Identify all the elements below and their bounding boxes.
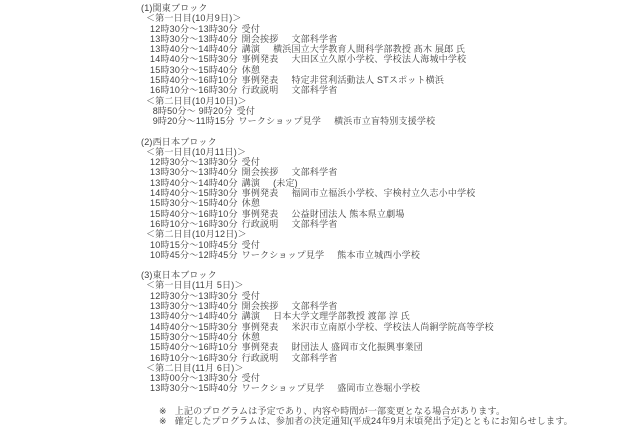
agenda-detail: 日本大学文理学部教授 渡部 淳 氏 xyxy=(273,311,410,321)
schedule-row: 12時30分～13時30分受付 xyxy=(141,157,630,167)
agenda-detail: 特定非営利活動法人 STスポット横浜 xyxy=(291,75,444,85)
agenda-detail: 文部科学省 xyxy=(291,301,337,311)
schedule-row: 13時40分～14時40分講演日本大学文理学部教授 渡部 淳 氏 xyxy=(141,311,630,321)
schedule-row: 12時30分～13時30分受付 xyxy=(141,291,630,301)
schedule-row: 13時30分～13時40分開会挨拶文部科学省 xyxy=(141,34,630,44)
agenda-item: 行政説明 xyxy=(242,85,279,95)
schedule-row: 13時40分～14時40分講演横浜国立大学教育人間科学部教授 髙木 展郎 氏 xyxy=(141,44,630,54)
agenda-item: 事例発表 xyxy=(242,75,279,85)
agenda-detail: (未定) xyxy=(273,178,298,188)
schedule-row: 12時30分～13時30分受付 xyxy=(141,24,630,34)
agenda-item: 事例発表 xyxy=(242,54,279,64)
schedule-row: 16時10分～16時30分行政説明文部科学省 xyxy=(141,353,630,363)
schedule-row: 15時30分～15時40分休憩 xyxy=(141,198,630,208)
time-range: 14時40分～15時30分 xyxy=(150,54,238,64)
agenda-item: 行政説明 xyxy=(242,219,279,229)
time-range: 12時30分～13時30分 xyxy=(150,24,238,34)
schedule-row: 13時40分～14時40分講演(未定) xyxy=(141,178,630,188)
time-range: 15時40分～16時10分 xyxy=(150,209,238,219)
day-heading: ＜第一日目(11月 5日)＞ xyxy=(141,280,630,290)
agenda-item: 講演 xyxy=(242,178,260,188)
note-line: ※確定したプログラムは、参加者の決定通知(平成24年9月末頃発出予定)とともにお… xyxy=(159,416,630,426)
time-range: 13時40分～14時40分 xyxy=(150,178,238,188)
time-range: 14時40分～15時30分 xyxy=(150,188,238,198)
program-block: (3)東日本ブロック＜第一日目(11月 5日)＞12時30分～13時30分受付1… xyxy=(141,270,630,394)
time-range: 15時30分～15時40分 xyxy=(150,198,238,208)
schedule-row: 9時20分～11時15分ワークショップ見学横浜市立盲特別支援学校 xyxy=(141,116,630,126)
time-range: 12時30分～13時30分 xyxy=(150,291,238,301)
day-heading: ＜第二日目(10月10日)＞ xyxy=(141,96,630,106)
day-heading: ＜第一日目(10月9日)＞ xyxy=(141,13,630,23)
schedule-row: 16時10分～16時30分行政説明文部科学省 xyxy=(141,219,630,229)
time-range: 10時15分～10時45分 xyxy=(150,240,238,250)
agenda-item: 開会挨拶 xyxy=(242,301,279,311)
agenda-item: ワークショップ見学 xyxy=(242,250,325,260)
agenda-item: 開会挨拶 xyxy=(242,34,279,44)
schedule-row: 15時40分～16時10分事例発表財団法人 盛岡市文化振興事業団 xyxy=(141,342,630,352)
agenda-detail: 福岡市立福浜小学校、宇検村立久志小中学校 xyxy=(291,188,475,198)
schedule-row: 15時30分～15時40分休憩 xyxy=(141,65,630,75)
time-range: 13時30分～13時40分 xyxy=(150,301,238,311)
notes-section: ※上記のプログラムは予定であり、内容や時間が一部変更となる場合があります。※確定… xyxy=(141,406,630,426)
time-range: 15時30分～15時40分 xyxy=(150,65,238,75)
agenda-detail: 横浜国立大学教育人間科学部教授 髙木 展郎 氏 xyxy=(273,44,465,54)
time-range: 16時10分～16時30分 xyxy=(150,85,238,95)
time-range: 13時00分～13時30分 xyxy=(150,373,238,383)
agenda-item: 事例発表 xyxy=(242,188,279,198)
time-range: 16時10分～16時30分 xyxy=(150,219,238,229)
agenda-detail: 米沢市立南原小学校、学校法人尚絅学院高等学校 xyxy=(291,322,493,332)
agenda-detail: 文部科学省 xyxy=(291,353,337,363)
agenda-item: 受付 xyxy=(242,373,260,383)
program-schedule-document: (1)関東ブロック＜第一日目(10月9日)＞12時30分～13時30分受付13時… xyxy=(0,0,640,426)
program-block: (1)関東ブロック＜第一日目(10月9日)＞12時30分～13時30分受付13時… xyxy=(141,3,630,127)
schedule-row: 13時30分～13時40分開会挨拶文部科学省 xyxy=(141,167,630,177)
schedule-row: 14時40分～15時30分事例発表大田区立久原小学校、学校法人海城中学校 xyxy=(141,54,630,64)
agenda-item: 休憩 xyxy=(242,332,260,342)
agenda-detail: 文部科学省 xyxy=(291,167,337,177)
schedule-row: 16時10分～16時30分行政説明文部科学省 xyxy=(141,85,630,95)
time-range: 14時40分～15時30分 xyxy=(150,322,238,332)
block-title: (3)東日本ブロック xyxy=(141,270,630,280)
schedule-row: 13時00分～13時30分受付 xyxy=(141,373,630,383)
agenda-detail: 公益財団法人 熊本県立劇場 xyxy=(291,209,404,219)
schedule-row: 10時15分～10時45分受付 xyxy=(141,240,630,250)
note-marker: ※ xyxy=(159,416,167,426)
agenda-item: 行政説明 xyxy=(242,353,279,363)
agenda-item: 受付 xyxy=(242,240,260,250)
agenda-detail: 財団法人 盛岡市文化振興事業団 xyxy=(291,342,423,352)
time-range: 16時10分～16時30分 xyxy=(150,353,238,363)
agenda-detail: 大田区立久原小学校、学校法人海城中学校 xyxy=(291,54,466,64)
agenda-item: ワークショップ見学 xyxy=(238,116,321,126)
agenda-item: 開会挨拶 xyxy=(242,167,279,177)
time-range: 13時40分～14時40分 xyxy=(150,311,238,321)
schedule-row: 13時30分～15時40分ワークショップ見学盛岡市立巻堀小学校 xyxy=(141,383,630,393)
schedule-row: 13時30分～13時40分開会挨拶文部科学省 xyxy=(141,301,630,311)
schedule-row: 10時45分～12時45分ワークショップ見学熊本市立城西小学校 xyxy=(141,250,630,260)
block-title: (2)西日本ブロック xyxy=(141,137,630,147)
time-range: 15時30分～15時40分 xyxy=(150,332,238,342)
schedule-row: 14時40分～15時30分事例発表米沢市立南原小学校、学校法人尚絅学院高等学校 xyxy=(141,322,630,332)
agenda-item: 受付 xyxy=(237,106,255,116)
agenda-item: 事例発表 xyxy=(242,322,279,332)
agenda-detail: 横浜市立盲特別支援学校 xyxy=(334,116,435,126)
time-range: 13時30分～13時40分 xyxy=(150,34,238,44)
agenda-detail: 文部科学省 xyxy=(291,85,337,95)
agenda-item: 事例発表 xyxy=(242,209,279,219)
block-title: (1)関東ブロック xyxy=(141,3,630,13)
agenda-detail: 文部科学省 xyxy=(291,34,337,44)
agenda-detail: 盛岡市立巻堀小学校 xyxy=(337,383,420,393)
agenda-detail: 文部科学省 xyxy=(291,219,337,229)
time-range: 13時40分～14時40分 xyxy=(150,44,238,54)
day-heading: ＜第二日目(10月12日)＞ xyxy=(141,229,630,239)
agenda-item: 受付 xyxy=(242,157,260,167)
note-line: ※上記のプログラムは予定であり、内容や時間が一部変更となる場合があります。 xyxy=(159,406,630,416)
time-range: 10時45分～12時45分 xyxy=(150,250,238,260)
agenda-item: 休憩 xyxy=(242,65,260,75)
agenda-item: 講演 xyxy=(242,44,260,54)
time-range: 9時20分～11時15分 xyxy=(150,116,234,126)
schedule-row: 14時40分～15時30分事例発表福岡市立福浜小学校、宇検村立久志小中学校 xyxy=(141,188,630,198)
agenda-item: 講演 xyxy=(242,311,260,321)
time-range: 15時40分～16時10分 xyxy=(150,342,238,352)
day-heading: ＜第二日目(11月 6日)＞ xyxy=(141,363,630,373)
day-heading: ＜第一日目(10月11日)＞ xyxy=(141,147,630,157)
note-text: 確定したプログラムは、参加者の決定通知(平成24年9月末頃発出予定)とともにお知… xyxy=(175,416,573,426)
time-range: 13時30分～13時40分 xyxy=(150,167,238,177)
schedule-row: 8時50分～ 9時20分受付 xyxy=(141,106,630,116)
agenda-item: ワークショップ見学 xyxy=(242,383,325,393)
time-range: 13時30分～15時40分 xyxy=(150,383,238,393)
agenda-item: 事例発表 xyxy=(242,342,279,352)
note-marker: ※ xyxy=(159,406,167,416)
agenda-item: 受付 xyxy=(242,291,260,301)
agenda-item: 受付 xyxy=(242,24,260,34)
schedule-row: 15時40分～16時10分事例発表特定非営利活動法人 STスポット横浜 xyxy=(141,75,630,85)
agenda-item: 休憩 xyxy=(242,198,260,208)
schedule-row: 15時40分～16時10分事例発表公益財団法人 熊本県立劇場 xyxy=(141,209,630,219)
schedule-row: 15時30分～15時40分休憩 xyxy=(141,332,630,342)
time-range: 15時40分～16時10分 xyxy=(150,75,238,85)
time-range: 12時30分～13時30分 xyxy=(150,157,238,167)
program-block: (2)西日本ブロック＜第一日目(10月11日)＞12時30分～13時30分受付1… xyxy=(141,137,630,261)
note-text: 上記のプログラムは予定であり、内容や時間が一部変更となる場合があります。 xyxy=(175,406,505,416)
agenda-detail: 熊本市立城西小学校 xyxy=(337,250,420,260)
time-range: 8時50分～ 9時20分 xyxy=(150,106,233,116)
